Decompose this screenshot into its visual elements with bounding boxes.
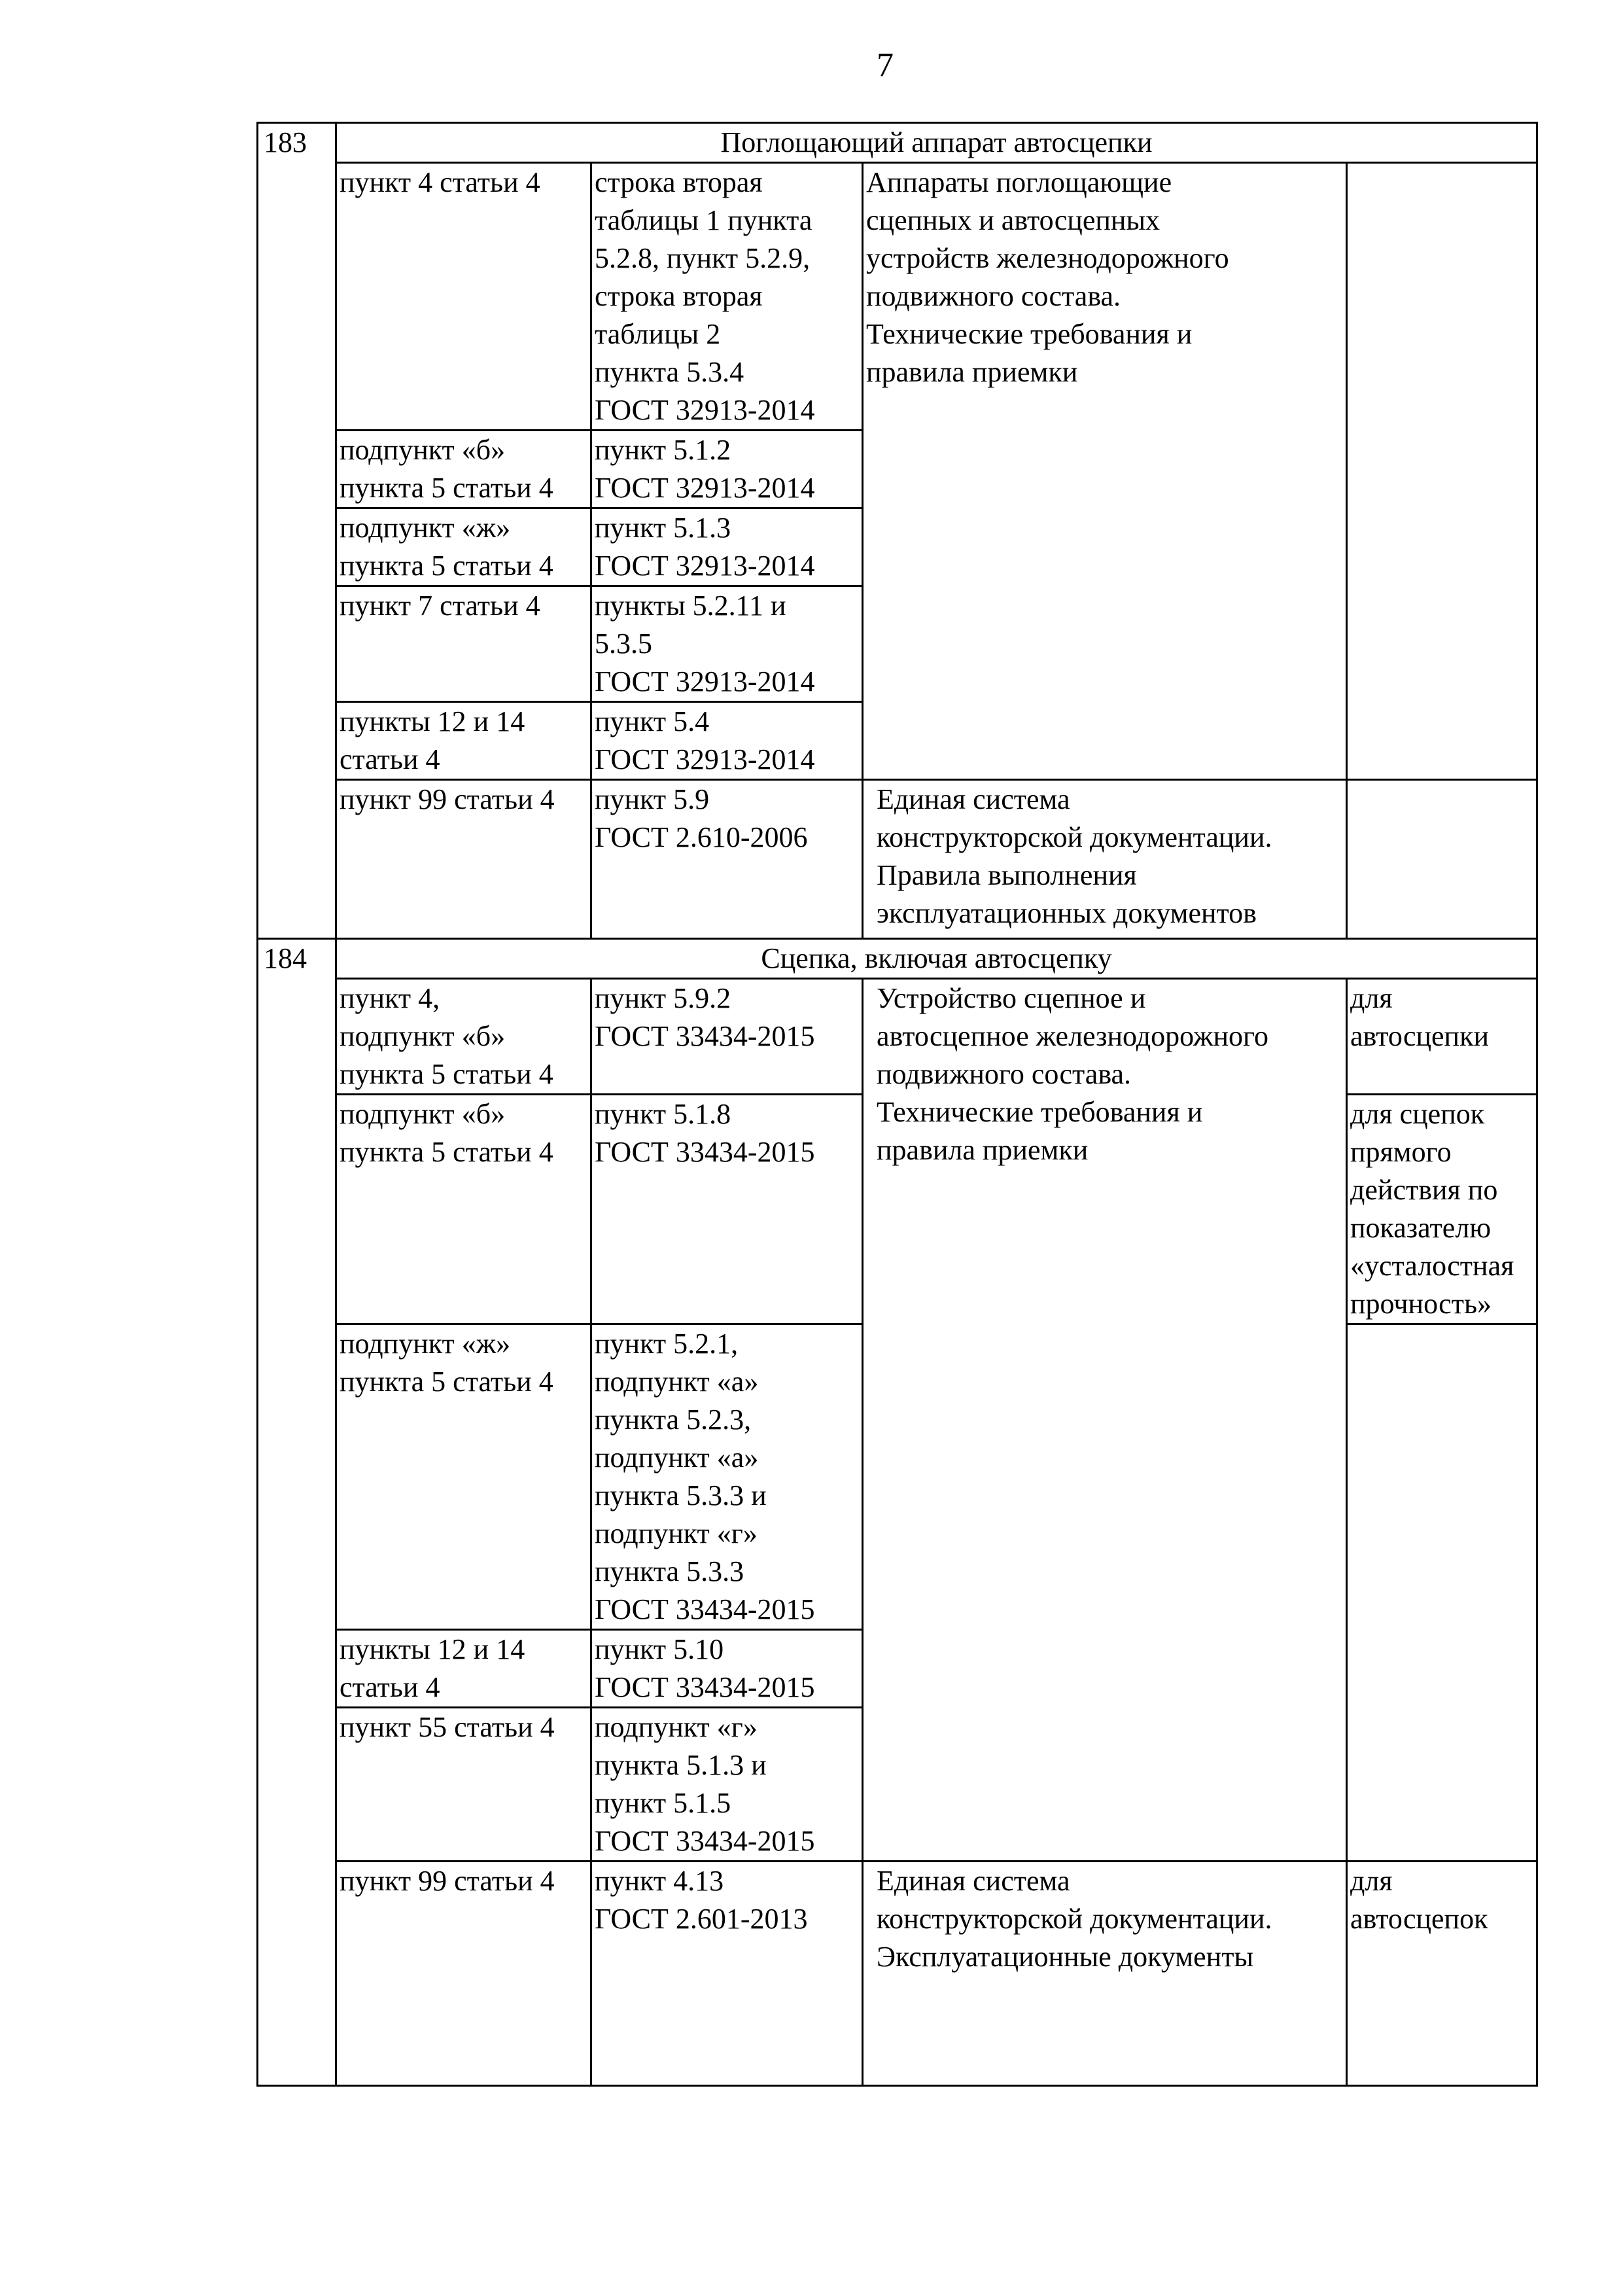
section-header-row: 183 Поглощающий аппарат автосцепки: [258, 123, 1537, 163]
reference-cell: пункт 5.9.2 ГОСТ 33434-2015: [591, 979, 863, 1095]
requirement-cell: пункт 99 статьи 4: [336, 780, 591, 939]
standard-cell: Устройство сцепное и автосцепное железно…: [863, 979, 1347, 1862]
reference-cell: пункт 5.9 ГОСТ 2.610-2006: [591, 780, 863, 939]
reference-cell: пункт 5.2.1, подпункт «а» пункта 5.2.3, …: [591, 1324, 863, 1630]
note-cell: [1347, 1324, 1537, 1862]
requirement-cell: пункт 7 статьи 4: [336, 586, 591, 702]
reference-cell: пункт 4.13 ГОСТ 2.601-2013: [591, 1862, 863, 2086]
requirement-cell: подпункт «ж» пункта 5 статьи 4: [336, 508, 591, 586]
requirement-cell: пункт 99 статьи 4: [336, 1862, 591, 2086]
standard-cell: Аппараты поглощающие сцепных и автосцепн…: [863, 163, 1347, 780]
requirement-cell: пункты 12 и 14 статьи 4: [336, 702, 591, 780]
section-title: Поглощающий аппарат автосцепки: [336, 123, 1537, 163]
reference-cell: пункт 5.4 ГОСТ 32913-2014: [591, 702, 863, 780]
page-number: 7: [877, 46, 894, 84]
requirement-cell: пункты 12 и 14 статьи 4: [336, 1630, 591, 1708]
requirement-cell: подпункт «ж» пункта 5 статьи 4: [336, 1324, 591, 1630]
table-row: пункт 99 статьи 4 пункт 4.13 ГОСТ 2.601-…: [258, 1862, 1537, 2086]
section-title: Сцепка, включая автосцепку: [336, 939, 1537, 979]
reference-cell: пункт 5.1.2 ГОСТ 32913-2014: [591, 431, 863, 508]
table-row: пункт 4 статьи 4 строка вторая таблицы 1…: [258, 163, 1537, 431]
standard-cell: Единая система конструкторской документа…: [863, 1862, 1347, 2086]
reference-cell: строка вторая таблицы 1 пункта 5.2.8, пу…: [591, 163, 863, 431]
table-row: пункт 4, подпункт «б» пункта 5 статьи 4 …: [258, 979, 1537, 1095]
requirement-cell: пункт 4, подпункт «б» пункта 5 статьи 4: [336, 979, 591, 1095]
standard-cell: Единая система конструкторской документа…: [863, 780, 1347, 939]
reference-cell: пункт 5.1.8 ГОСТ 33434-2015: [591, 1095, 863, 1324]
requirement-cell: подпункт «б» пункта 5 статьи 4: [336, 431, 591, 508]
note-cell: для сцепок прямого действия по показател…: [1347, 1095, 1537, 1324]
section-number: 183: [258, 123, 336, 939]
reference-cell: подпункт «г» пункта 5.1.3 и пункт 5.1.5 …: [591, 1708, 863, 1862]
note-cell: [1347, 163, 1537, 780]
note-cell: для автосцепки: [1347, 979, 1537, 1095]
reference-cell: пункты 5.2.11 и 5.3.5 ГОСТ 32913-2014: [591, 586, 863, 702]
requirement-cell: пункт 4 статьи 4: [336, 163, 591, 431]
reference-cell: пункт 5.1.3 ГОСТ 32913-2014: [591, 508, 863, 586]
requirement-cell: пункт 55 статьи 4: [336, 1708, 591, 1862]
note-cell: [1347, 780, 1537, 939]
reference-cell: пункт 5.10 ГОСТ 33434-2015: [591, 1630, 863, 1708]
requirement-cell: подпункт «б» пункта 5 статьи 4: [336, 1095, 591, 1324]
note-cell: для автосцепок: [1347, 1862, 1537, 2086]
requirements-table: 183 Поглощающий аппарат автосцепки пункт…: [256, 122, 1538, 2087]
section-header-row: 184 Сцепка, включая автосцепку: [258, 939, 1537, 979]
section-number: 184: [258, 939, 336, 2086]
table-row: пункт 99 статьи 4 пункт 5.9 ГОСТ 2.610-2…: [258, 780, 1537, 939]
